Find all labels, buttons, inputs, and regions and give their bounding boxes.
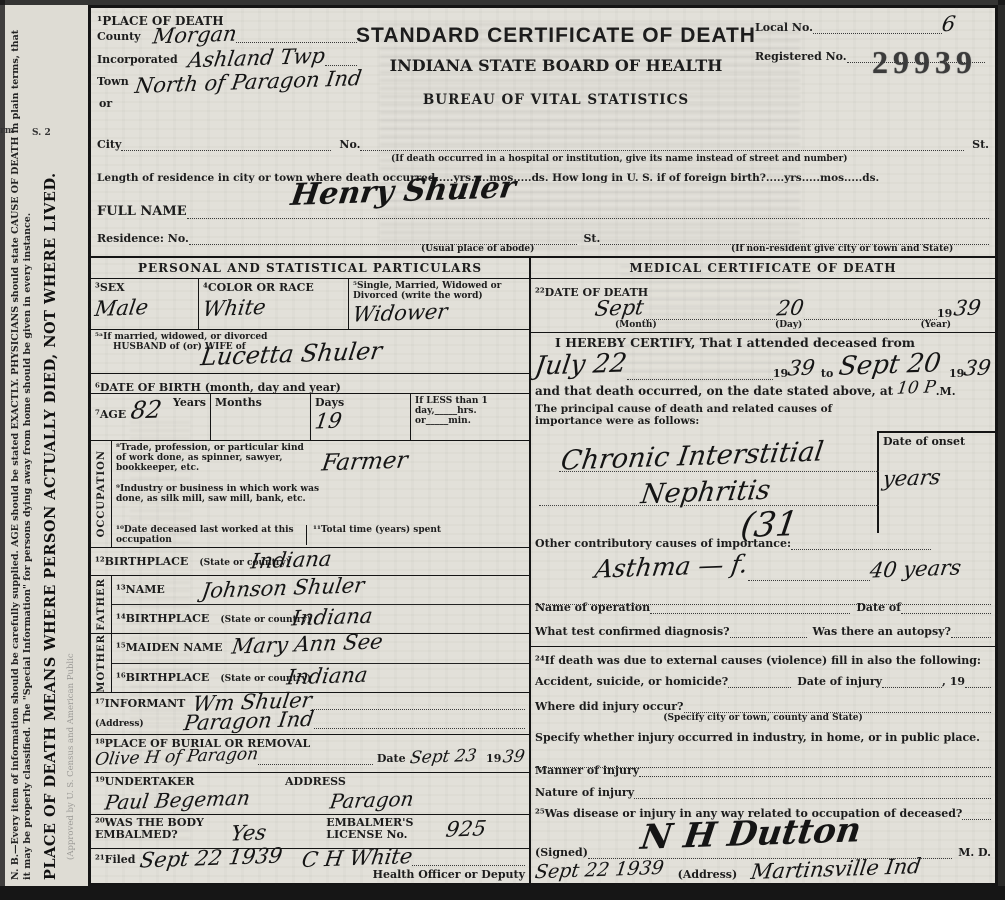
registered-no-label: Registered No. [755, 50, 847, 63]
undertaker-value: Paul Begeman [103, 786, 251, 815]
city-st-label: St. [972, 138, 989, 151]
full-name-label: FULL NAME [97, 204, 187, 219]
left-margin: rm S. 2 N. B.—Every item of information … [0, 0, 88, 886]
accident-line [728, 673, 791, 688]
county-label: County [97, 30, 141, 43]
nature-line [634, 785, 991, 800]
dod-month-value: Sept [593, 295, 645, 321]
filed-line [412, 851, 525, 866]
scan-edge-bottom [0, 886, 1005, 900]
informant-label: ¹⁷INFORMANT [95, 697, 185, 710]
burial-year-pre: 19 [486, 752, 501, 765]
father-bp-label: ¹⁴BIRTHPLACE [116, 612, 209, 625]
dod-year-pre: 19 [937, 307, 952, 320]
operation-label: Name of operation [535, 601, 650, 614]
mother-side-label: MOTHER [96, 634, 107, 693]
dod-day-value: 20 [775, 295, 805, 320]
test-label: What test confirmed diagnosis? [535, 625, 730, 638]
incorporated-line [325, 52, 357, 67]
margin-place-note: PLACE OF DEATH MEANS WHERE PERSON ACTUAL… [42, 40, 68, 880]
dod-year-label: (Year) [921, 320, 951, 330]
signed-date-value: Sept 22 1939 [533, 857, 665, 884]
color-race-label: ⁴COLOR OR RACE [203, 281, 344, 294]
embalmer-license-value: 925 [445, 817, 488, 843]
county-value: Morgan [151, 21, 238, 48]
nature-label: Nature of injury [535, 786, 634, 799]
or-label: or [99, 97, 357, 110]
city-line [121, 136, 331, 151]
city-label: City [97, 138, 121, 151]
age-years-label: Years [173, 396, 206, 409]
marital-label: ⁵Single, Married, Widowed or Divorced (w… [353, 281, 525, 301]
contributory-value: Asthma — f. [593, 549, 750, 583]
signed-address-label: (Address) [678, 868, 738, 881]
town-label: Town [97, 75, 129, 88]
father-bp-value: Indiana [290, 603, 374, 630]
place-of-death-block: ¹PLACE OF DEATH County Morgan Incorporat… [97, 14, 357, 112]
county-line [236, 28, 357, 43]
informant-line [312, 695, 525, 710]
trade-value: Farmer [320, 447, 409, 476]
md-label: M. D. [958, 846, 991, 859]
embalmer-license-label: EMBALMER'S LICENSE No. [326, 817, 446, 841]
age-days-value: 19 [313, 408, 343, 433]
marital-value: Widower [351, 299, 449, 326]
registered-no-value: 29939 [872, 44, 977, 81]
spouse-value: Lucetta Shuler [199, 337, 384, 371]
industry-label: ⁹Industry or business in which work was … [116, 484, 346, 504]
certificate-body: STANDARD CERTIFICATE OF DEATH INDIANA ST… [88, 5, 998, 886]
burial-line [258, 750, 373, 765]
onset-value: years [881, 465, 942, 491]
local-no-line [813, 19, 942, 34]
sex-label: ³SEX [95, 281, 194, 294]
certificate-title: STANDARD CERTIFICATE OF DEATH [321, 24, 791, 48]
cause-intro: The principal cause of death and related… [535, 403, 865, 427]
city-no-label: No. [339, 138, 360, 151]
age-less-label: If LESS than 1 day,_____hrs. or_____min. [415, 396, 525, 426]
burial-date-value: Sept 23 [408, 746, 477, 768]
age-months-label: Months [215, 396, 306, 409]
trade-label: ⁸Trade, profession, or particular kind o… [116, 443, 316, 473]
date-of-onset-box: Date of onset years [877, 431, 995, 533]
embalmed-value: Yes [229, 821, 268, 846]
age-value: 82 [129, 395, 163, 424]
test-line [730, 624, 807, 639]
operation-date-of-label: Date of [856, 601, 901, 614]
certify-to-label: to [821, 367, 833, 380]
cause-line1-rule [559, 471, 879, 472]
margin-approved-note: (Approved by U. S. Census and American P… [66, 80, 82, 860]
nonresident-note: (If non-resident give city or town and S… [731, 244, 953, 254]
local-no-label: Local No. [755, 21, 813, 34]
autopsy-line [951, 624, 991, 639]
certify-from-year: 39 [786, 355, 816, 380]
certify-from-line [627, 365, 773, 380]
burial-date-label: Date [377, 752, 406, 765]
contributory-line1 [748, 566, 870, 581]
mother-bp-label: ¹⁶BIRTHPLACE [116, 671, 209, 684]
father-name-label: ¹³NAME [116, 583, 165, 596]
filed-date-value: Sept 22 1939 [138, 843, 284, 872]
signed-label: (Signed) [535, 846, 588, 859]
dod-month-line [644, 305, 777, 320]
filed-officer-value: C H White [300, 844, 414, 872]
dob-label: ⁶DATE OF BIRTH (month, day and year) [95, 381, 341, 394]
contributory-line0 [791, 535, 931, 550]
father-name-value: Johnson Shuler [200, 573, 366, 603]
local-no-value: 6 [940, 12, 957, 37]
undertaker-address-label: ADDRESS [285, 775, 346, 788]
registration-block: Local No. 6 Registered No. 29939 [755, 18, 985, 63]
medical-column: MEDICAL CERTIFICATE OF DEATH ²²DATE OF D… [531, 258, 995, 883]
manner-label: Manner of injury [535, 764, 639, 777]
manner-line [639, 762, 991, 777]
cause-line2-rule [539, 505, 879, 506]
occupation-side-label: OCCUPATION [96, 450, 107, 537]
residence-label: Residence: No. [97, 232, 189, 245]
accident-label: Accident, suicide, or homicide? [535, 675, 728, 688]
father-side-label: FATHER [96, 578, 107, 631]
birthplace-value: Indiana [249, 546, 333, 573]
signed-address-value: Martinsville Ind [750, 854, 923, 884]
hospital-note: (If death occurred in a hospital or inst… [391, 154, 847, 164]
where-line [684, 698, 991, 713]
city-no-line [360, 136, 964, 151]
residence-st-label: St. [583, 232, 600, 245]
residence-line [189, 230, 578, 245]
certify-to-year: 39 [963, 355, 993, 380]
dod-year-value: 39 [953, 295, 983, 320]
burial-year-value: 39 [502, 746, 526, 767]
contributory-duration: 40 years [868, 555, 962, 582]
dod-day-label: (Day) [775, 320, 802, 330]
mother-name-value: Mary Ann See [230, 629, 384, 658]
where-label: Where did injury occur? [535, 700, 684, 713]
contributory-label: Other contributory causes of importance: [535, 537, 791, 550]
filed-label: ²¹Filed [95, 853, 136, 866]
informant-address-label: (Address) [95, 719, 144, 729]
occurred-m-label: .M. [936, 385, 956, 398]
injury-year-label: , 19 [942, 675, 965, 688]
residence-line2 [600, 230, 989, 245]
certificate-header: STANDARD CERTIFICATE OF DEATH INDIANA ST… [91, 8, 995, 258]
injury-date-label: Date of injury [797, 675, 882, 688]
related-line [962, 806, 991, 821]
occurred-time-value: 10 P [896, 377, 937, 398]
mother-name-label: ¹⁵MAIDEN NAME [116, 641, 222, 654]
last-worked-label: ¹⁰Date deceased last worked at this occu… [116, 525, 306, 545]
injury-year-line [965, 673, 991, 688]
residence-length-label: Length of residence in city or town wher… [97, 172, 989, 184]
birthplace-label: ¹²BIRTHPLACE [95, 555, 188, 568]
scan-edge-right [998, 0, 1005, 900]
mother-bp-value: Indiana [285, 662, 369, 689]
injury-date-line [882, 673, 942, 688]
specify-label: Specify whether injury occurred in indus… [535, 731, 980, 744]
where-note: (Specify city or town, county and State) [535, 713, 991, 723]
undertaker-label: ¹⁹UNDERTAKER [95, 775, 285, 788]
sex-value: Male [93, 295, 150, 321]
informant-address-value: Paragon Ind [182, 706, 315, 735]
dod-day-line [804, 305, 937, 320]
dod-month-label: (Month) [615, 320, 657, 330]
undertaker-address-value: Paragon [328, 787, 415, 814]
total-time-label: ¹¹Total time (years) spent [306, 525, 525, 545]
incorporated-label: Incorporated [97, 53, 178, 66]
operation-line [650, 599, 850, 614]
color-race-value: White [201, 295, 267, 321]
onset-label: Date of onset [883, 435, 991, 448]
medical-section-header: MEDICAL CERTIFICATE OF DEATH [531, 258, 995, 279]
board-of-health: INDIANA STATE BOARD OF HEALTH [341, 56, 771, 75]
personal-column: PERSONAL AND STATISTICAL PARTICULARS ³SE… [91, 258, 531, 883]
margin-nb-note: N. B.—Every item of information should b… [10, 20, 44, 880]
town-value: North of Paragon Ind [133, 66, 363, 98]
autopsy-label: Was there an autopsy? [813, 625, 951, 638]
abode-note: (Usual place of abode) [421, 244, 534, 254]
personal-section-header: PERSONAL AND STATISTICAL PARTICULARS [91, 258, 529, 279]
death-certificate-scan: rm S. 2 N. B.—Every item of information … [0, 0, 1005, 900]
age-label: ⁷AGE [95, 408, 126, 421]
external-label: ²⁴If death was due to external causes (v… [535, 654, 981, 667]
bureau-vital-statistics: BUREAU OF VITAL STATISTICS [371, 92, 741, 108]
informant-address-line [314, 714, 525, 729]
occurred-text: and that death occurred, on the date sta… [535, 384, 893, 398]
operation-date-line [901, 599, 991, 614]
certify-from-value: July 22 [533, 348, 629, 381]
physician-signature: N H Dutton [638, 810, 863, 858]
age-days-label: Days [315, 396, 406, 409]
embalmed-label: ²⁰WAS THE BODY EMBALMED? [95, 817, 225, 841]
